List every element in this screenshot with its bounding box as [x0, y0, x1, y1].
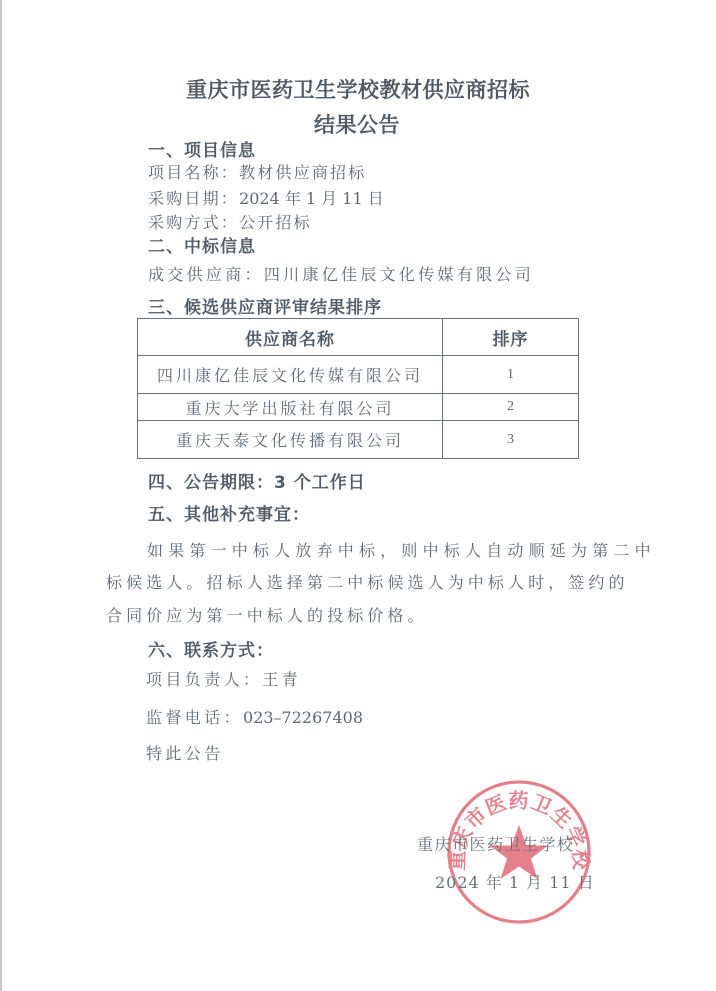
supervision-phone-value: 023–72267408 [243, 708, 363, 727]
candidate-ranking-table: 供应商名称 排序 四川康亿佳辰文化传媒有限公司 1 重庆大学出版社有限公司 2 … [137, 318, 579, 459]
purchase-date-label: 采购日期： [148, 189, 239, 208]
section-6-heading: 六、联系方式： [148, 636, 274, 661]
rank-cell: 3 [443, 421, 579, 459]
project-contact-label: 项目负责人： [146, 670, 262, 689]
winning-supplier-row: 成交供应商：四川康亿佳辰文化传媒有限公司 [148, 262, 534, 285]
supplier-name-cell: 四川康亿佳辰文化传媒有限公司 [138, 356, 443, 394]
supervision-phone-label: 监督电话： [146, 708, 243, 727]
project-name-row: 项目名称：教材供应商招标 [148, 160, 366, 183]
signature-organization: 重庆市医药卫生学校 [417, 832, 575, 855]
header-rank: 排序 [443, 319, 579, 356]
table-row: 重庆大学出版社有限公司 2 [138, 394, 579, 421]
project-name-value: 教材供应商招标 [239, 163, 366, 182]
purchase-date-row: 采购日期：2024 年 1 月 11 日 [148, 186, 384, 209]
supplementary-paragraph-line2: 标候选人。招标人选择第二中标候选人为中标人时，签约的 [106, 570, 629, 593]
signature-date: 2024 年 1 月 11 日 [435, 870, 595, 893]
purchase-method-row: 采购方式：公开招标 [148, 210, 312, 233]
supplementary-paragraph-line1: 如果第一中标人放弃中标，则中标人自动顺延为第二中 [147, 538, 656, 561]
rank-cell: 2 [443, 394, 579, 421]
supplier-name-cell: 重庆大学出版社有限公司 [138, 394, 443, 421]
table-row: 四川康亿佳辰文化传媒有限公司 1 [138, 356, 579, 394]
project-contact-row: 项目负责人：王青 [146, 667, 301, 690]
purchase-method-value: 公开招标 [239, 213, 312, 232]
winning-supplier-label: 成交供应商： [148, 265, 264, 284]
rank-cell: 1 [443, 356, 579, 394]
supplementary-paragraph-line3: 合同价应为第一中标人的投标价格。 [106, 603, 428, 626]
closing-statement: 特此公告 [146, 741, 224, 764]
document-title-line1: 重庆市医药卫生学校教材供应商招标 [186, 74, 530, 104]
header-supplier-name: 供应商名称 [138, 319, 443, 356]
purchase-method-label: 采购方式： [148, 213, 239, 232]
document-title-line2: 结果公告 [314, 109, 400, 139]
supervision-phone-row: 监督电话：023–72267408 [146, 705, 363, 728]
supplier-name-cell: 重庆天泰文化传播有限公司 [138, 421, 443, 459]
table-row: 重庆天泰文化传播有限公司 3 [138, 421, 579, 459]
section-1-heading: 一、项目信息 [148, 136, 256, 161]
winning-supplier-value: 四川康亿佳辰文化传媒有限公司 [264, 265, 534, 284]
section-2-heading: 二、中标信息 [148, 232, 256, 257]
section-5-heading: 五、其他补充事宜： [148, 500, 310, 525]
project-name-label: 项目名称： [148, 163, 239, 182]
project-contact-value: 王青 [262, 670, 301, 689]
section-3-heading: 三、候选供应商评审结果排序 [148, 293, 382, 318]
page-edge [0, 0, 2, 991]
table-header-row: 供应商名称 排序 [138, 319, 579, 356]
section-4-heading: 四、公告期限：3 个工作日 [148, 468, 366, 493]
purchase-date-value: 2024 年 1 月 11 日 [239, 189, 384, 208]
